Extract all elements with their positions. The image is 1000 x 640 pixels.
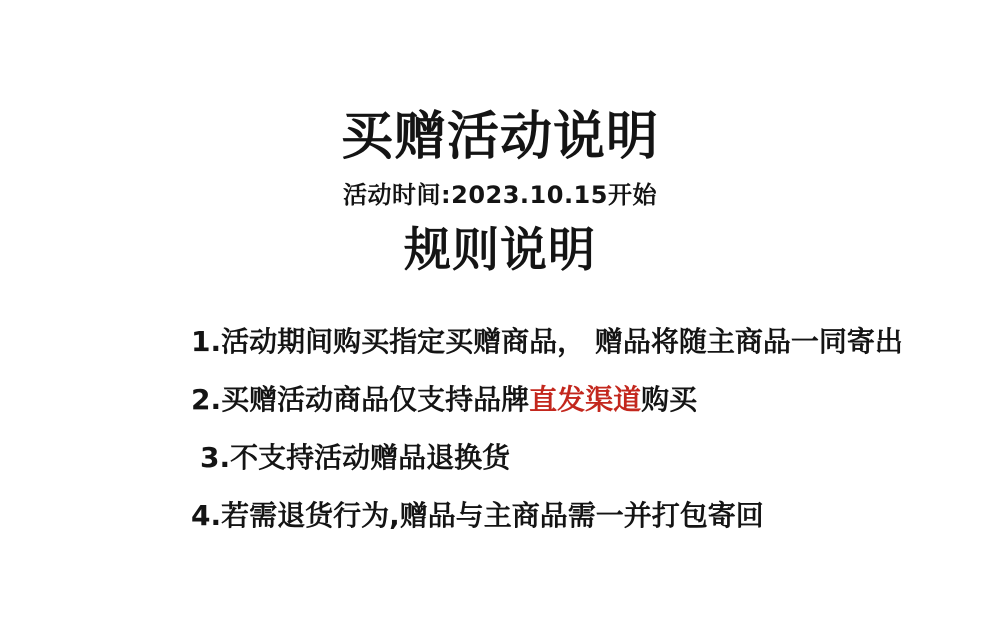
activity-time: 活动时间:2023.10.15开始 — [0, 180, 1000, 210]
rule-item-3: 3.不支持活动赠品退换货 — [200, 442, 891, 473]
rule-2-highlight-direct-channel: 直发渠道 — [529, 383, 641, 416]
promo-notice-page: 买赠活动说明 活动时间:2023.10.15开始 规则说明 1.活动期间购买指定… — [0, 0, 1000, 640]
rule-2-text-after: 购买 — [641, 383, 697, 416]
rule-item-2: 2.买赠活动商品仅支持品牌直发渠道购买 — [191, 384, 891, 415]
rule-item-1: 1.活动期间购买指定买赠商品， 赠品将随主商品一同寄出 — [191, 326, 891, 357]
rule-item-4: 4.若需退货行为,赠品与主商品需一并打包寄回 — [191, 500, 891, 531]
rules-list: 1.活动期间购买指定买赠商品， 赠品将随主商品一同寄出 2.买赠活动商品仅支持品… — [191, 326, 891, 531]
rule-2-text-before: 2.买赠活动商品仅支持品牌 — [191, 383, 529, 416]
page-title: 买赠活动说明 — [0, 106, 1000, 168]
rules-heading: 规则说明 — [0, 224, 1000, 278]
